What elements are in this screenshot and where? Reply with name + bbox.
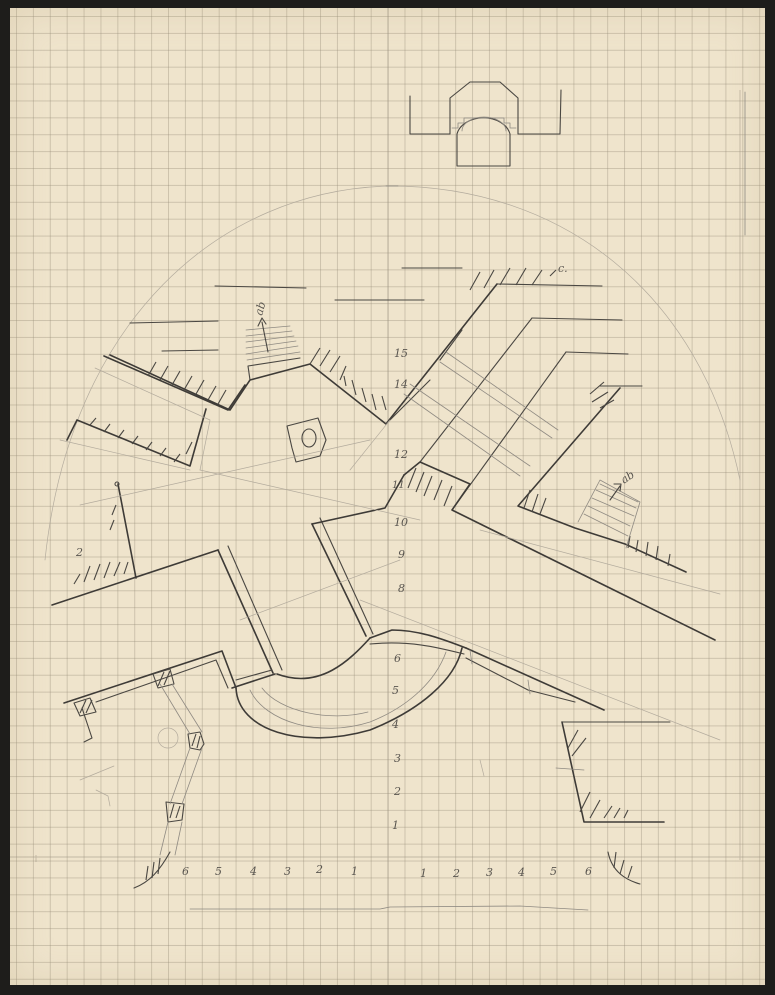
lower-right-walkway bbox=[466, 648, 604, 710]
x-label-right-1: 1 bbox=[420, 867, 427, 880]
y-label-12: 12 bbox=[394, 448, 408, 461]
top-right-mark: c. bbox=[558, 262, 568, 275]
y-label-3: 3 bbox=[394, 752, 401, 765]
x-label-right-4: 4 bbox=[517, 866, 525, 879]
y-label-1: 1 bbox=[392, 819, 399, 832]
x-label-right-2: 2 bbox=[452, 867, 460, 880]
pillar bbox=[188, 732, 204, 750]
lower-right-buttress bbox=[556, 722, 670, 884]
upper-left-walls bbox=[60, 356, 245, 470]
x-label-right-6: 6 bbox=[585, 865, 592, 878]
upper-terrace-lines bbox=[130, 268, 602, 351]
stair-label-ab-left: ab bbox=[252, 300, 268, 317]
x-label-left-2: 2 bbox=[315, 863, 323, 876]
construction-lines bbox=[200, 420, 720, 776]
pillar bbox=[74, 698, 96, 716]
x-label-left-4: 4 bbox=[249, 865, 257, 878]
y-label-10: 10 bbox=[394, 516, 408, 529]
pillar bbox=[166, 802, 184, 822]
y-label-2: 2 bbox=[393, 785, 401, 798]
central-ornament bbox=[287, 418, 326, 462]
x-label-right-3: 3 bbox=[486, 866, 493, 879]
grid-major-lines bbox=[10, 8, 765, 985]
x-label-left-3: 3 bbox=[284, 865, 291, 878]
margin-mark: 2 bbox=[75, 546, 83, 559]
upper-right-wall bbox=[110, 268, 556, 424]
y-label-14: 14 bbox=[394, 378, 408, 391]
y-label-8: 8 bbox=[398, 582, 405, 595]
architectural-sketch: ab 1 2 3 4 5 6 8 9 10 11 12 14 15 6 5 4 … bbox=[0, 0, 775, 995]
y-label-6: 6 bbox=[394, 652, 401, 665]
x-label-right-5: 5 bbox=[550, 865, 557, 878]
vertical-axis-labels: 1 2 3 4 5 6 8 9 10 11 12 14 15 bbox=[391, 347, 408, 832]
lower-baseline bbox=[190, 906, 588, 910]
y-label-5: 5 bbox=[392, 684, 399, 697]
y-label-15: 15 bbox=[394, 347, 408, 360]
x-label-left-1: 1 bbox=[351, 865, 358, 878]
horizontal-axis-labels: 6 5 4 3 2 1 1 2 3 4 5 6 bbox=[182, 863, 592, 880]
x-label-left-5: 5 bbox=[215, 865, 222, 878]
stair-right: ab bbox=[578, 468, 640, 548]
right-diagonal-walls: c. bbox=[404, 262, 720, 640]
elevation-detail bbox=[410, 82, 745, 235]
x-label-left-6: 6 bbox=[182, 865, 189, 878]
u-shape-walkway bbox=[218, 475, 466, 738]
lower-left-colonnade bbox=[64, 651, 236, 888]
y-label-9: 9 bbox=[398, 548, 405, 561]
